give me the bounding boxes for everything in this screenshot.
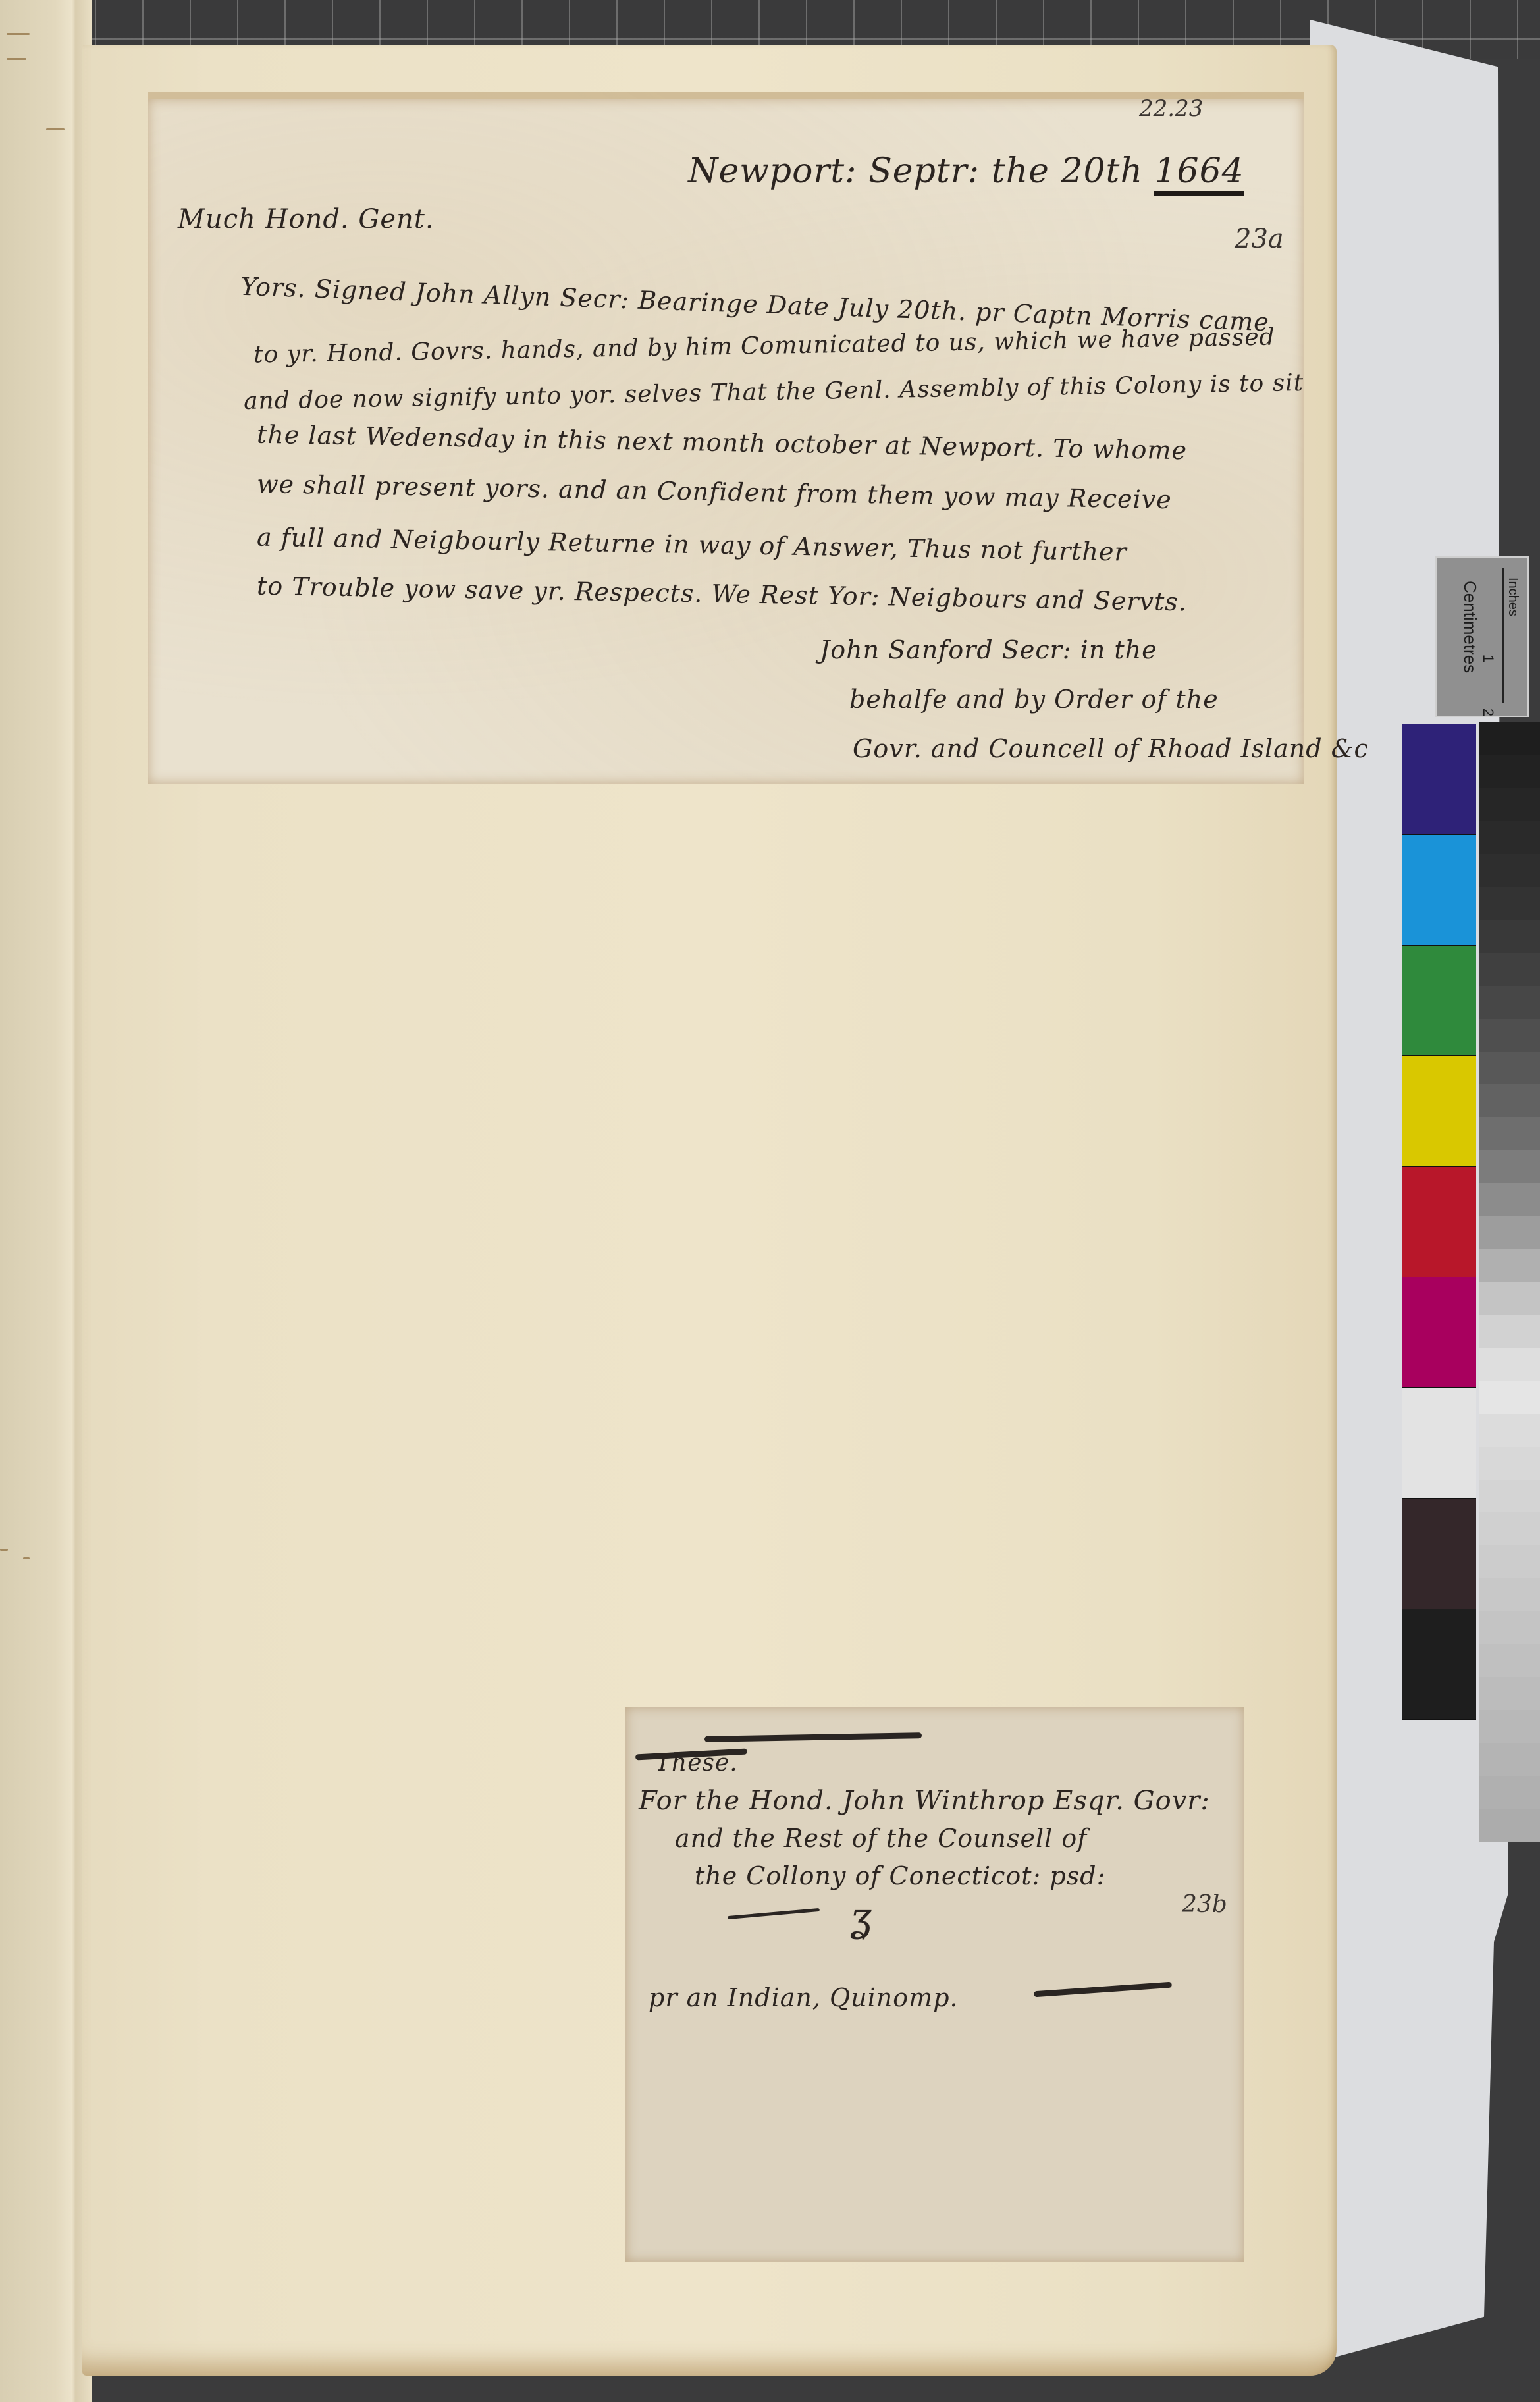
dateline-month: Septr: — [868, 151, 980, 191]
gray-step — [1479, 920, 1540, 953]
gray-step — [1479, 1447, 1540, 1480]
ruler-scale-line — [1502, 568, 1504, 703]
cm-mark: 2 — [1479, 708, 1497, 716]
gray-step — [1479, 1084, 1540, 1117]
color-patch-white — [1402, 1388, 1476, 1499]
ink-flourish — [728, 1908, 820, 1919]
color-patch-red — [1402, 1167, 1476, 1277]
gray-step — [1479, 1183, 1540, 1216]
body-line: a full and Neigbourly Returne in way of … — [257, 522, 1127, 566]
gray-step — [1479, 1249, 1540, 1282]
gray-step-ramp — [1479, 722, 1540, 1842]
body-line: to Trouble yow save yr. Respects. We Res… — [257, 572, 1187, 617]
dateline-day: the 20th — [992, 151, 1143, 191]
address-line: the Collony of Conecticot: psd: — [695, 1861, 1105, 1890]
dateline-year: 1664 — [1154, 151, 1244, 196]
color-patches — [1402, 724, 1476, 1720]
gray-step — [1479, 1117, 1540, 1150]
gray-step — [1479, 1052, 1540, 1084]
gray-step — [1479, 1677, 1540, 1710]
gray-step — [1479, 854, 1540, 887]
address-line: For the Hond. John Winthrop Esqr. Govr: — [639, 1786, 1210, 1816]
gray-step — [1479, 1216, 1540, 1249]
gray-step — [1479, 1348, 1540, 1381]
gray-step — [1479, 887, 1540, 920]
ink-mark — [23, 1557, 30, 1559]
gray-step — [1479, 1644, 1540, 1677]
gray-step — [1479, 1019, 1540, 1052]
gray-step — [1479, 1809, 1540, 1842]
gray-step — [1479, 755, 1540, 788]
ink-mark — [46, 128, 65, 130]
signature-line: Govr. and Councell of Rhoad Island &c — [853, 734, 1369, 763]
gray-step — [1479, 1512, 1540, 1545]
ink-mark — [7, 33, 30, 35]
gray-step — [1479, 1776, 1540, 1809]
dateline: Newport: Septr: the 20th 1664 — [688, 151, 1244, 191]
salutation: Much Hond. Gent. — [178, 204, 435, 234]
gray-step — [1479, 722, 1540, 755]
ink-mark — [7, 58, 26, 60]
gray-step — [1479, 1743, 1540, 1776]
gray-step — [1479, 1578, 1540, 1611]
letter-sheet: 22.23 23a Newport: Septr: the 20th 1664 … — [148, 92, 1304, 784]
signature-line: behalfe and by Order of the — [849, 685, 1219, 714]
color-patch-dark-brown — [1402, 1499, 1476, 1609]
color-patch-cyan — [1402, 835, 1476, 946]
address-line: and the Rest of the Counsell of — [675, 1824, 1087, 1853]
folio-mark: 22.23 — [1139, 95, 1203, 122]
gray-step — [1479, 986, 1540, 1019]
body-line: we shall present yors. and an Confident … — [257, 469, 1172, 514]
dateline-place: Newport: — [688, 151, 857, 191]
body-line: and doe now signify unto yor. selves Tha… — [244, 369, 1304, 415]
leaf-number: 23b — [1182, 1891, 1227, 1918]
body-line: to yr. Hond. Govrs. hands, and by him Co… — [253, 323, 1275, 368]
ruler-label-inches: Inches — [1505, 577, 1520, 616]
gray-step — [1479, 821, 1540, 854]
gray-step — [1479, 1381, 1540, 1414]
color-patch-yellow — [1402, 1056, 1476, 1167]
gray-step — [1479, 1315, 1540, 1348]
gray-step — [1479, 953, 1540, 986]
color-patch-blue — [1402, 724, 1476, 835]
gray-step — [1479, 1150, 1540, 1183]
ink-mark — [0, 1549, 8, 1551]
color-patch-black — [1402, 1609, 1476, 1720]
ink-flourish-glyph: ʓ — [849, 1894, 872, 1940]
body-line: the last Wedensday in this next month oc… — [257, 420, 1188, 466]
gray-step — [1479, 1282, 1540, 1315]
cm-mark: 1 — [1479, 654, 1497, 662]
adjacent-book-page — [0, 0, 92, 2402]
gray-step — [1479, 1480, 1540, 1512]
leaf-number: 23a — [1235, 224, 1284, 254]
scale-ruler: Inches Centimetres 1 2 1 — [1435, 556, 1529, 717]
color-patch-green — [1402, 946, 1476, 1056]
address-leaf: These. For the Hond. John Winthrop Esqr.… — [625, 1707, 1244, 2262]
gray-step — [1479, 1710, 1540, 1743]
color-patch-magenta — [1402, 1277, 1476, 1388]
ruler-label-centimetres: Centimetres — [1460, 581, 1480, 673]
gray-step — [1479, 1414, 1540, 1447]
address-line: These. — [655, 1749, 738, 1776]
gray-step — [1479, 788, 1540, 821]
bearer-line: pr an Indian, Quinomp. — [649, 1983, 959, 2012]
gray-step — [1479, 1545, 1540, 1578]
ink-flourish — [1034, 1982, 1172, 1998]
signature-line: John Sanford Secr: in the — [820, 635, 1157, 664]
ink-strikethrough — [704, 1732, 922, 1742]
gray-step — [1479, 1611, 1540, 1644]
